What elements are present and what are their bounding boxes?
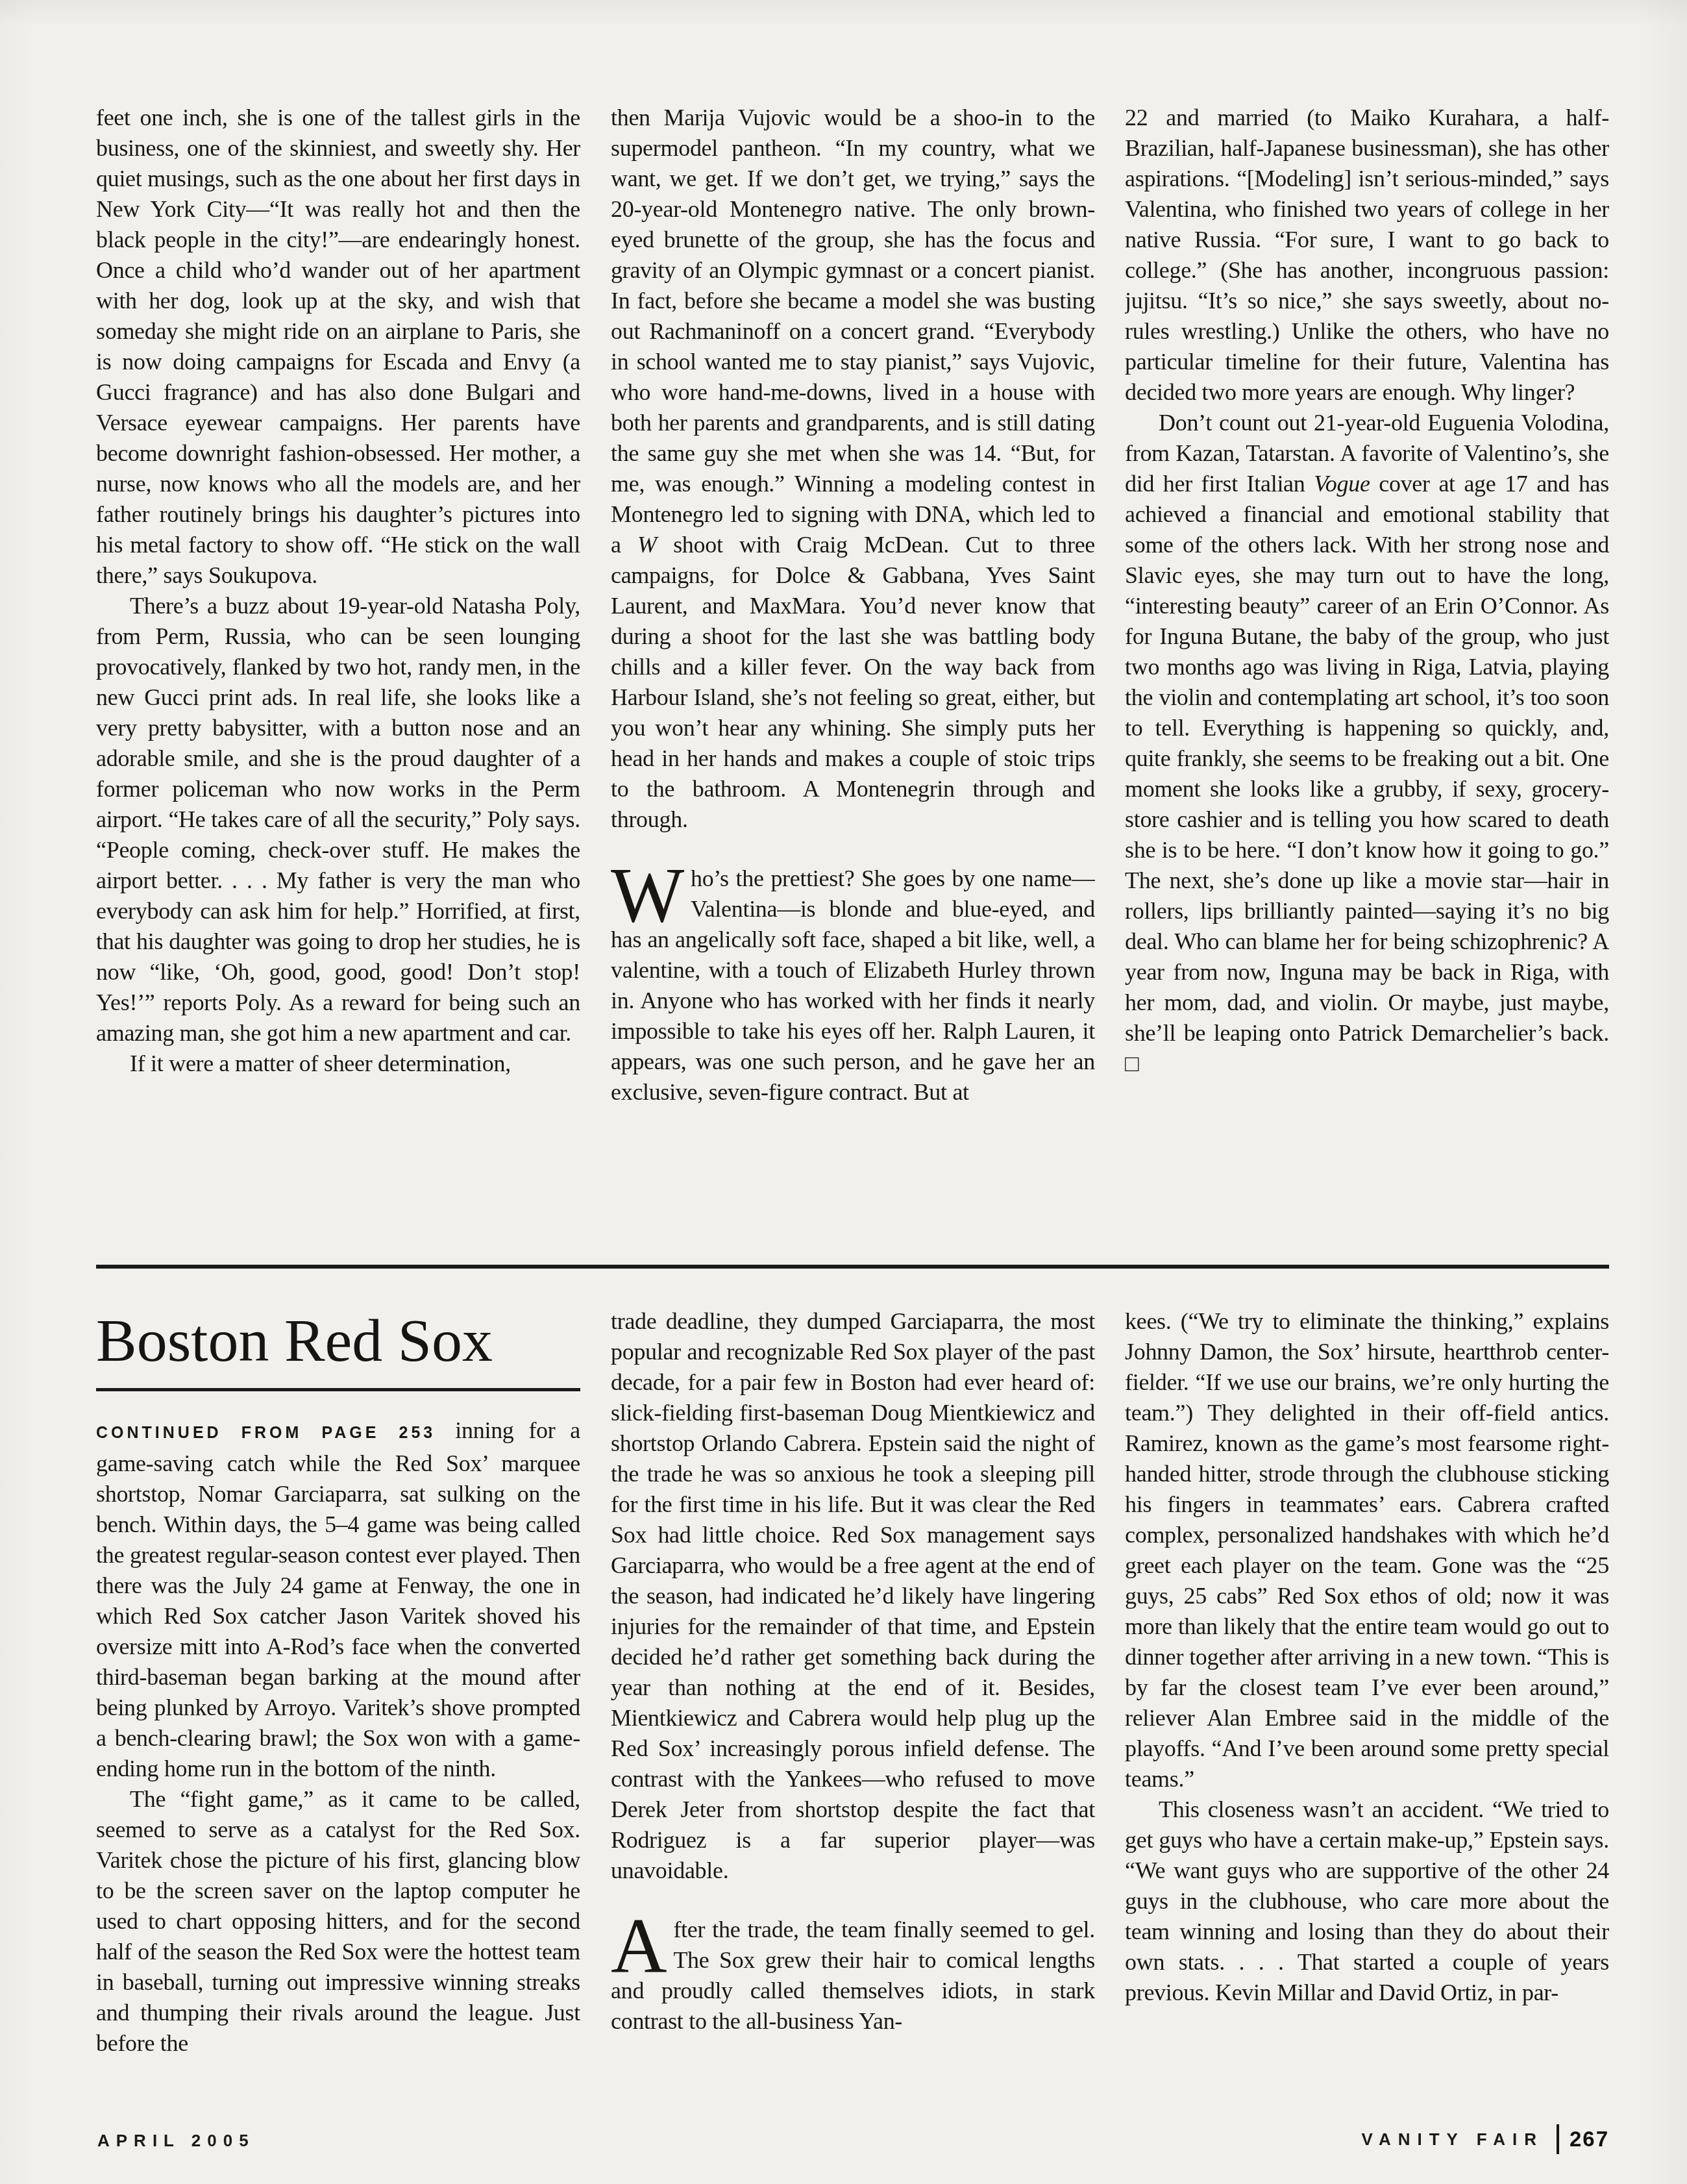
paragraph: This closeness wasn’t an accident. “We t… <box>1125 1794 1609 2008</box>
paragraph: The “fight game,” as it came to be calle… <box>96 1784 580 2059</box>
paragraph: then Marija Vujovic would be a shoo-in t… <box>611 103 1095 835</box>
footer-divider-rule <box>1557 2124 1559 2154</box>
top-article-column-1: feet one inch, she is one of the tallest… <box>96 103 580 1247</box>
paragraph: Don’t count out 21-year-old Euguenia Vol… <box>1125 408 1609 1079</box>
red-sox-column-1: CONTINUED FROM PAGE 253 inning for a gam… <box>96 1415 580 2122</box>
paragraph: If it were a matter of sheer determinati… <box>96 1049 580 1079</box>
paragraph: Who’s the prettiest? She goes by one nam… <box>611 863 1095 1108</box>
article-title: Boston Red Sox <box>96 1309 580 1372</box>
paragraph: kees. (“We try to eliminate the thinking… <box>1125 1306 1609 1794</box>
footer-issue-date: APRIL 2005 <box>97 2131 255 2151</box>
paragraph: 22 and married (to Maiko Kurahara, a hal… <box>1125 103 1609 408</box>
red-sox-heading-block: Boston Red Sox <box>96 1309 580 1391</box>
magazine-page: feet one inch, she is one of the tallest… <box>0 0 1687 2184</box>
footer-brand: VANITY FAIR <box>1362 2129 1544 2150</box>
paragraph: trade deadline, they dumped Garciaparra,… <box>611 1306 1095 1886</box>
red-sox-column-2: trade deadline, they dumped Garciaparra,… <box>611 1306 1095 2118</box>
paragraph: feet one inch, she is one of the tallest… <box>96 103 580 591</box>
footer-page-number: 267 <box>1570 2127 1609 2152</box>
paragraph: CONTINUED FROM PAGE 253 inning for a gam… <box>96 1415 580 1784</box>
drop-cap: A <box>611 1915 673 1976</box>
drop-cap: W <box>611 863 691 924</box>
section-divider-rule <box>96 1265 1609 1269</box>
heading-underline-rule <box>96 1388 580 1391</box>
paragraph: There’s a buzz about 19-year-old Natasha… <box>96 591 580 1049</box>
footer-folio: VANITY FAIR 267 <box>1362 2124 1609 2154</box>
top-article-column-2: then Marija Vujovic would be a shoo-in t… <box>611 103 1095 1247</box>
continued-from-label: CONTINUED FROM PAGE 253 <box>96 1424 455 1442</box>
paragraph: After the trade, the team finally seemed… <box>611 1915 1095 2037</box>
top-article-column-3: 22 and married (to Maiko Kurahara, a hal… <box>1125 103 1609 1247</box>
red-sox-column-3: kees. (“We try to eliminate the thinking… <box>1125 1306 1609 2118</box>
